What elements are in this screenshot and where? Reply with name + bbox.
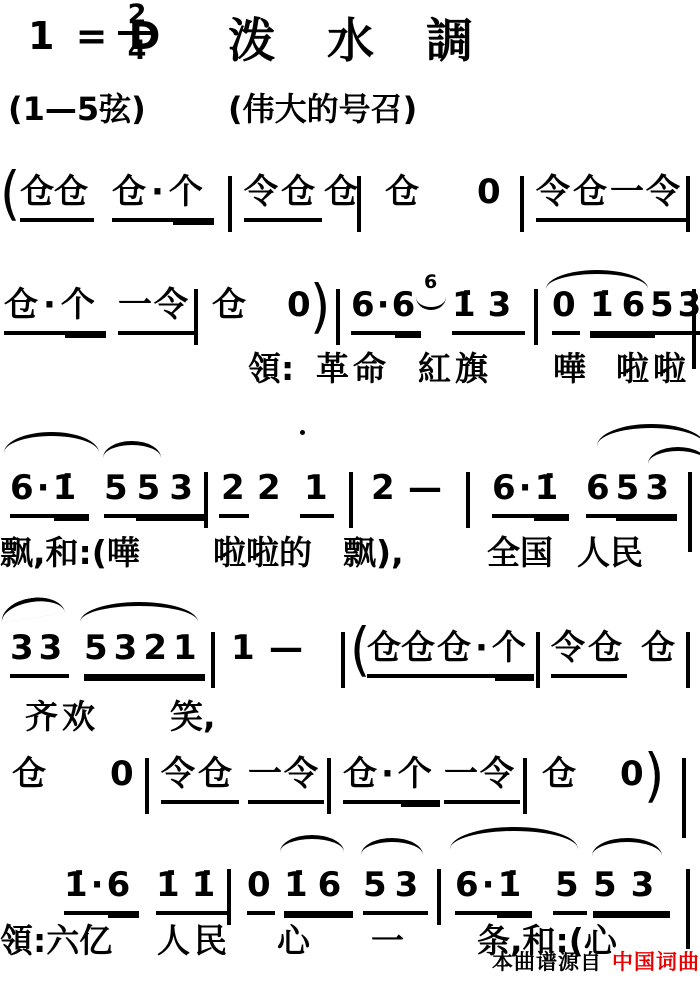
note-group: 1̇6 (284, 863, 353, 915)
beam-segment (84, 678, 205, 681)
note-group: 一令 (610, 170, 686, 222)
note: 1 (300, 466, 334, 518)
beam-segment (534, 518, 569, 521)
slur-arc (103, 441, 161, 458)
rest-note: 0 (552, 283, 580, 335)
barline (686, 176, 690, 232)
note-group: 仓仓 (367, 626, 439, 678)
barline (686, 632, 690, 688)
lyric-segment: 齐欢 (25, 694, 99, 740)
note-group: 令仓 (244, 170, 322, 222)
note-group: 653 (586, 466, 677, 518)
barline (523, 758, 527, 814)
dash-extension: — (408, 466, 442, 510)
note-group: 一令 (248, 752, 324, 804)
barline (327, 758, 331, 814)
rest-note: 0 (477, 170, 501, 214)
lyric-segment: 人民 (577, 530, 643, 576)
barline (688, 472, 692, 552)
barline (692, 289, 696, 369)
tie-arc (0, 593, 65, 623)
lyric-segment: 紅旗 (418, 346, 492, 392)
lyric-segment: 啦啦 (616, 346, 690, 392)
slur-arc (80, 602, 198, 622)
lyric-segment: 人民 (157, 918, 231, 964)
sheet-music-page: 1 = D 24 泼水調 (1—5弦) (伟大的号召) ( 仓仓 仓·个 令仓 … (0, 0, 700, 982)
open-paren: ( (0, 163, 20, 226)
lyric-segment: 領: (248, 346, 294, 392)
beam-segment (54, 518, 90, 521)
time-signature-numerator: 2 (116, 0, 158, 30)
slur-arc (648, 447, 700, 464)
note: 2 (219, 466, 249, 518)
source-credit-label: 本曲谱源自 (492, 946, 602, 976)
lyric-segment: 領:六亿 (0, 918, 112, 964)
rest-note: 0 (287, 283, 311, 327)
rest-note: 0 (620, 752, 644, 796)
slur-arc (597, 424, 700, 446)
note: 仓 (385, 170, 419, 214)
beam-segment (173, 222, 214, 225)
time-signature-denominator: 4 (116, 36, 158, 66)
subtitle-strings: (1—5弦) (8, 84, 146, 130)
note-group: 仓·个 (4, 283, 106, 335)
barline (466, 472, 470, 528)
barline (341, 632, 345, 688)
beam-segment (616, 518, 677, 521)
note-group: 6·1̇ (492, 466, 569, 518)
note-group: 仓·个 (112, 170, 214, 222)
barline (686, 869, 690, 949)
rest-note: 0 (110, 752, 134, 796)
note: 仓 (641, 626, 675, 670)
note-group: 553 (104, 466, 204, 518)
note-group: 6·1̇ (455, 863, 532, 915)
dash-extension: — (269, 626, 303, 670)
note: 仓 (324, 170, 358, 214)
slur-arc (592, 838, 662, 856)
beam-segment (401, 804, 440, 807)
slur-arc (4, 432, 99, 453)
lyric-segment: 一 (371, 918, 404, 964)
barline (228, 176, 232, 232)
barline (227, 869, 231, 925)
lyric-segment: 笑, (170, 694, 216, 740)
note: 2 (371, 466, 395, 510)
lyric-segment: 飘), (343, 530, 404, 576)
lyric-segment: 革命 (316, 346, 390, 392)
barline (357, 176, 361, 232)
barline (520, 176, 524, 232)
beam-segment (136, 518, 204, 521)
barline (534, 289, 538, 345)
beam-segment (590, 335, 655, 338)
lyric-segment: 飘,和:(嘩 (0, 530, 140, 576)
lyric-segment: 啦啦的 (213, 530, 312, 576)
beam-segment (65, 335, 106, 338)
song-title: 泼水調 (228, 4, 525, 71)
note-group: 53 (363, 863, 428, 915)
note-group: 仓仓 (20, 170, 94, 222)
barline (204, 472, 208, 528)
note: 仓 (12, 752, 46, 796)
note-group: 1̇6 (590, 283, 655, 335)
note-group: 5321 (84, 626, 205, 678)
lyric-segment: 全国 (487, 530, 553, 576)
note-group: 1̇1̇ (156, 863, 229, 915)
note-group: 令仓 (536, 170, 614, 222)
lyric-segment: 嘩 (553, 346, 586, 392)
note-group: 53 (593, 863, 670, 915)
slur-arc (450, 827, 578, 849)
note-group: 一令 (444, 752, 520, 804)
note: 仓 (542, 752, 576, 796)
note: 2 (257, 466, 281, 510)
beam-segment (495, 678, 534, 681)
barline (336, 289, 340, 345)
beam-segment (395, 335, 422, 338)
note-group: 6·6 (351, 283, 421, 335)
note-group: 仓·个 (437, 626, 534, 678)
lyric-segment: 心 (277, 918, 310, 964)
barline (536, 632, 540, 688)
note-group: 令仓 (551, 626, 627, 678)
barline (145, 758, 149, 814)
rest-note: 0 (247, 863, 275, 915)
note-group: 令仓 (161, 752, 239, 804)
ink-speck (300, 430, 305, 435)
note-group: 仓·个 (343, 752, 440, 804)
close-paren: ) (310, 276, 330, 339)
time-signature: 24 (116, 0, 158, 66)
note-group: 一令 (118, 283, 194, 335)
source-site-link[interactable]: 中国词曲网 (612, 946, 700, 976)
barline (211, 632, 215, 688)
barline (194, 289, 198, 345)
note-group: 1̇·6 (64, 863, 139, 915)
slur-arc (280, 835, 344, 852)
note: 1 (231, 626, 255, 670)
grace-note: 6 (424, 271, 437, 293)
note-group: 1̇3 (452, 283, 525, 335)
beam-segment (108, 915, 140, 918)
note-group: 33 (10, 626, 69, 678)
close-paren: ) (644, 745, 664, 808)
barline (437, 869, 441, 925)
note: 5 (553, 863, 587, 915)
slur-arc (361, 838, 423, 855)
barline (349, 472, 353, 528)
barline (682, 758, 686, 838)
note-group: 6·1̇ (10, 466, 89, 518)
subtitle-theme: (伟大的号召) (228, 84, 417, 130)
note: 仓 (212, 283, 246, 327)
